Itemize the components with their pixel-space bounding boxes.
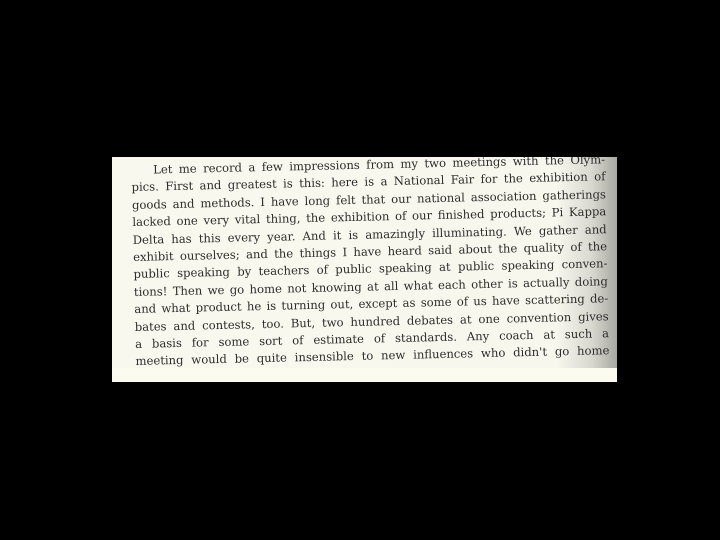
paragraph: Let me record a few impressions from my …: [131, 157, 610, 382]
scanned-page: Let me record a few impressions from my …: [112, 157, 617, 382]
